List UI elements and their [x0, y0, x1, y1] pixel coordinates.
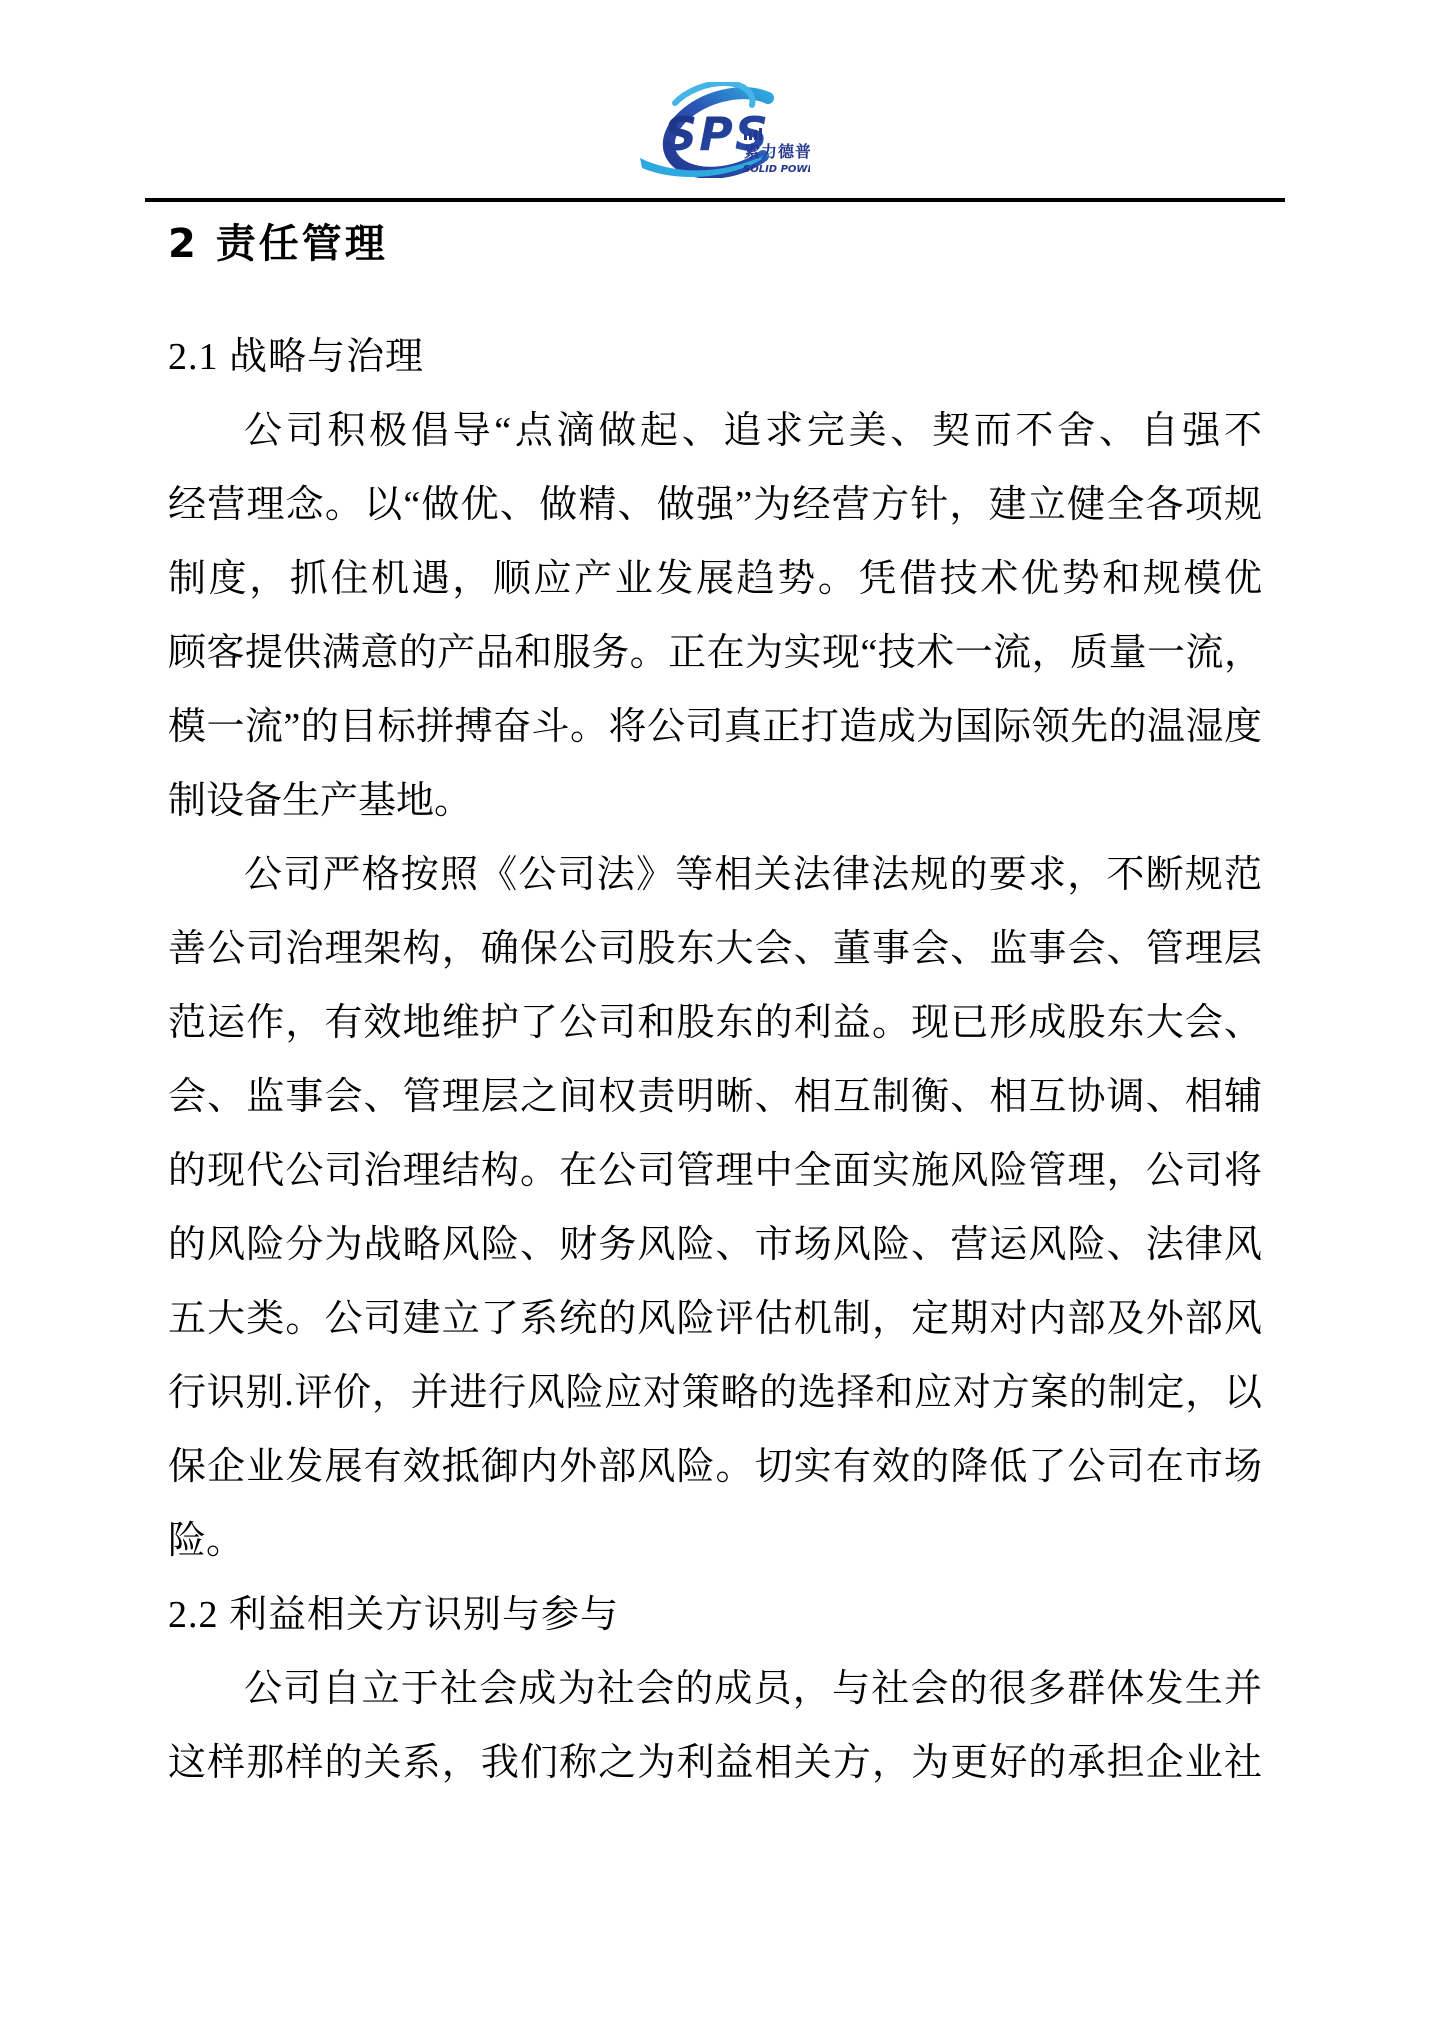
text-line: 经营理念。以“做优、做精、做强”为经营方针，建立健全各项规章	[168, 468, 1262, 542]
text-line: 善公司治理架构，确保公司股东大会、董事会、监事会、管理层的规	[168, 912, 1262, 986]
company-logo: SPS 索力德普 SOLID POWER	[620, 82, 810, 178]
header-rule	[145, 198, 1285, 202]
chapter-heading: 2 责任管理	[168, 220, 1262, 268]
text-line: 制设备生产基地。	[168, 764, 1262, 838]
text-line: 公司自立于社会成为社会的成员，与社会的很多群体发生并保持	[168, 1652, 1262, 1726]
company-logo-graphic: SPS 索力德普 SOLID POWER	[620, 82, 810, 178]
text-line: 保企业发展有效抵御内外部风险。切实有效的降低了公司在市场中风	[168, 1430, 1262, 1504]
text-line: 的风险分为战略风险、财务风险、市场风险、营运风险、法律风险等	[168, 1208, 1262, 1282]
text-line: 行识别.评价，并进行风险应对策略的选择和应对方案的制定，以确	[168, 1356, 1262, 1430]
text-line: 这样那样的关系，我们称之为利益相关方，为更好的承担企业社会责	[168, 1726, 1262, 1800]
text-line: 顾客提供满意的产品和服务。正在为实现“技术一流，质量一流，规	[168, 616, 1262, 690]
text-line: 制度，抓住机遇，顺应产业发展趋势。凭借技术优势和规模优势，为	[168, 542, 1262, 616]
text-line: 险。	[168, 1504, 1262, 1578]
logo-name-cn: 索力德普	[744, 142, 810, 161]
logo-name-en: SOLID POWER	[743, 164, 810, 175]
text-line: 会、监事会、管理层之间权责明晰、相互制衡、相互协调、相辅相成	[168, 1060, 1262, 1134]
document-page: SPS 索力德普 SOLID POWER 2 责任管理 2.1 战略与治理公司积…	[0, 0, 1430, 2025]
text-line: 公司严格按照《公司法》等相关法律法规的要求，不断规范和完	[168, 838, 1262, 912]
section-title: 2.1 战略与治理	[168, 320, 1262, 394]
document-content: 2.1 战略与治理公司积极倡导“点滴做起、追求完美、契而不舍、自强不息”的经营理…	[168, 320, 1262, 1800]
text-line: 模一流”的目标拼搏奋斗。将公司真正打造成为国际领先的温湿度控	[168, 690, 1262, 764]
section-title: 2.2 利益相关方识别与参与	[168, 1578, 1262, 1652]
text-line: 范运作，有效地维护了公司和股东的利益。现已形成股东大会、董事	[168, 986, 1262, 1060]
text-line: 五大类。公司建立了系统的风险评估机制，定期对内部及外部风险进	[168, 1282, 1262, 1356]
page-header: SPS 索力德普 SOLID POWER	[0, 0, 1430, 202]
text-line: 的现代公司治理结构。在公司管理中全面实施风险管理，公司将面临	[168, 1134, 1262, 1208]
text-line: 公司积极倡导“点滴做起、追求完美、契而不舍、自强不息”的	[168, 394, 1262, 468]
